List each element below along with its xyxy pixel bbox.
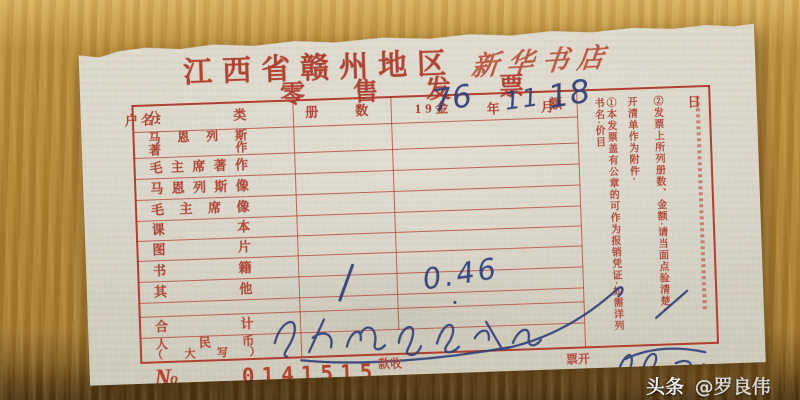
note-1-line-2: 开清单作为附件· (624, 96, 639, 182)
notes-cell: ①本发票盖有公章的可作为报销凭证·如需详列书名·价目 开清单作为附件· ②发票上… (576, 86, 718, 347)
row-label: 马恩列斯像 (150, 179, 249, 196)
col-header-volumes: 册数 (305, 104, 368, 120)
issuer-label: 开票 (565, 352, 590, 369)
col-header-category: 分类 (148, 108, 247, 125)
handwritten-month: 11 (503, 82, 543, 116)
serial-number: 0141515 (241, 360, 379, 389)
handwritten-decimal-dot (453, 301, 456, 304)
row-label: 课本 (152, 220, 251, 237)
watermark-brand: 头条 (646, 376, 684, 398)
note-2: ②发票上所列册数、金额·请当面点验清楚· (650, 95, 670, 312)
row-label: 毛主席著作 (149, 158, 248, 175)
photo-of-receipt: 江西省赣州地区 新华书店 零售发票 户名: 19 年 月 日 分类 册数 金额 (0, 0, 800, 400)
handwritten-year: 76 (430, 78, 475, 120)
row-label: 毛主席像 (151, 200, 250, 217)
paper-sheet: 江西省赣州地区 新华书店 零售发票 户名: 19 年 月 日 分类 册数 金额 (78, 22, 765, 385)
handwritten-day: 18 (545, 71, 594, 116)
fine-print-strip (695, 96, 707, 311)
rmb-label-line2: （大写） (152, 346, 261, 361)
invoice-table: 分类 册数 金额 ①本发票盖有公章的可作为报销凭证·如需详列书名·价目 开清单作… (131, 85, 719, 364)
collector-label: 收款 (377, 357, 402, 376)
row-label: 其他 (154, 281, 253, 298)
serial-no-symbol: № (153, 363, 181, 395)
total-label: 合计 (155, 316, 254, 333)
receipt-paper: 江西省赣州地区 新华书店 零售发票 户名: 19 年 月 日 分类 册数 金额 (78, 22, 765, 385)
row-label (155, 306, 253, 309)
watermark-handle: @罗良伟 (695, 376, 771, 398)
photo-watermark: 头条 @罗良伟 (646, 372, 771, 399)
row-label: 图片 (152, 240, 251, 257)
row-label: 书籍 (153, 260, 252, 277)
note-1-line-1: ①本发票盖有公章的可作为报销凭证·如需详列书名·价目 (591, 97, 623, 340)
